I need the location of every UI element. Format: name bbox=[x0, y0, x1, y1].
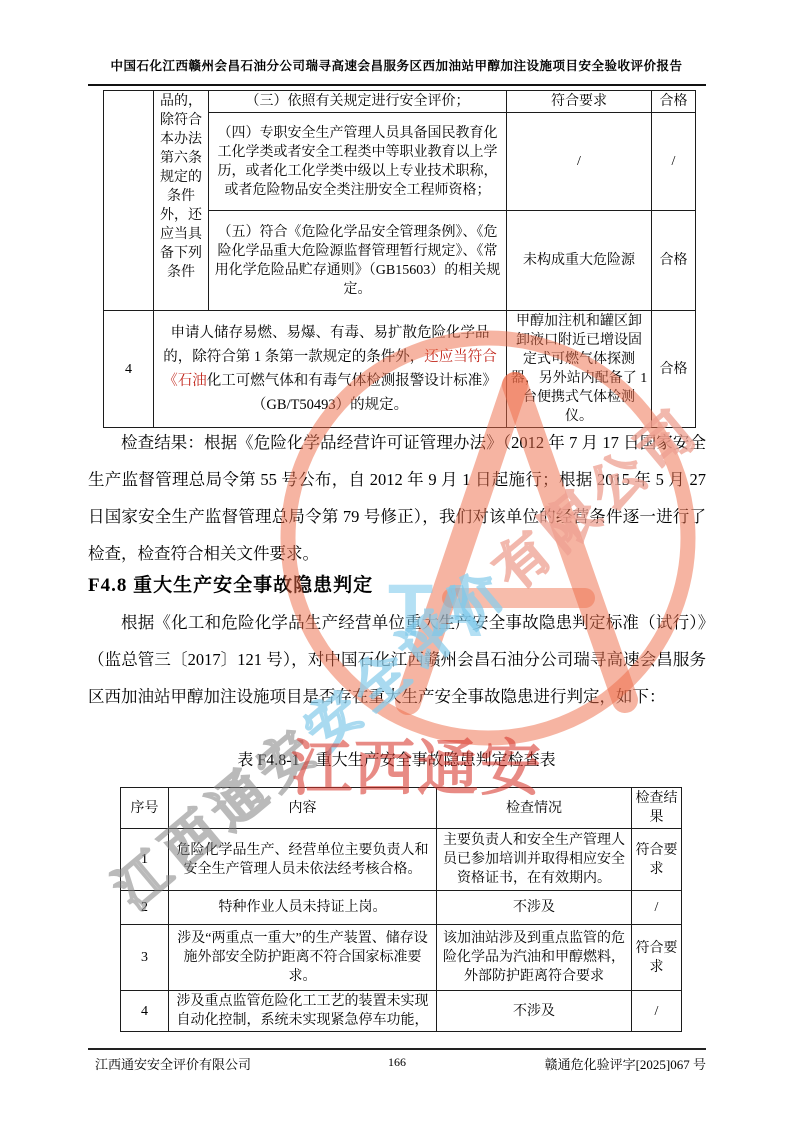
table-row: 2 特种作业人员未持证上岗。 不涉及 / bbox=[121, 891, 682, 925]
page-header-title: 中国石化江西赣州会昌石油分公司瑞寻高速会昌服务区西加油站甲醇加注设施项目安全验收… bbox=[60, 56, 733, 74]
content-text: 化工可燃气体和有毒气体检测报警设计标准》（GB/T50493）的规定。 bbox=[207, 373, 497, 413]
table-row: 品的，除符合本办法第六条规定的条件外，还应当具备下列条件 （三）依照有关规定进行… bbox=[104, 91, 696, 113]
condition-side-cell: 品的，除符合本办法第六条规定的条件外，还应当具备下列条件 bbox=[154, 91, 209, 311]
situation-cell: / bbox=[507, 113, 652, 211]
content-cell: 危险化学品生产、经营单位主要负责人和安全生产管理人员未依法经考核合格。 bbox=[169, 829, 437, 891]
situation-cell: 符合要求 bbox=[507, 91, 652, 113]
seq-cell-empty bbox=[104, 91, 154, 311]
result-cell: 合格 bbox=[652, 91, 696, 113]
content-cell: 申请人储存易燃、易爆、有毒、易扩散危险化学品的，除符合第 1 条第一款规定的条件… bbox=[154, 311, 507, 428]
content-cell: 特种作业人员未持证上岗。 bbox=[169, 891, 437, 925]
table-caption: 表 F4.8-1 重大生产安全事故隐患判定检查表 bbox=[0, 747, 793, 770]
seq-cell: 2 bbox=[121, 891, 169, 925]
seq-cell: 4 bbox=[121, 991, 169, 1032]
report-page: 江西通安安全评价有限公司 TA 江西通安 中国石化江西赣州会昌石油分公司瑞寻高速… bbox=[0, 0, 793, 1122]
col-header-situation: 检查情况 bbox=[437, 788, 632, 829]
result-cell: 符合要求 bbox=[632, 829, 682, 891]
check-result-paragraph: 检查结果：根据《危险化学品经营许可证管理办法》（2012 年 7 月 17 日国… bbox=[88, 424, 706, 572]
result-cell: 合格 bbox=[652, 211, 696, 311]
content-cell: （三）依照有关规定进行安全评价； bbox=[209, 91, 507, 113]
section-body-paragraph: 根据《化工和危险化学品生产经营单位重大生产安全事故隐患判定标准（试行）》（监总管… bbox=[88, 604, 706, 715]
result-cell: / bbox=[652, 113, 696, 211]
license-condition-table: 品的，除符合本办法第六条规定的条件外，还应当具备下列条件 （三）依照有关规定进行… bbox=[103, 90, 696, 428]
result-cell: 符合要求 bbox=[632, 925, 682, 991]
result-cell: / bbox=[632, 891, 682, 925]
seq-cell: 4 bbox=[104, 311, 154, 428]
table-row: 4 涉及重点监管危险化工工艺的装置未实现自动化控制，系统未实现紧急停车功能， 不… bbox=[121, 991, 682, 1032]
seq-cell: 1 bbox=[121, 829, 169, 891]
result-cell: 合格 bbox=[652, 311, 696, 428]
situation-cell: 未构成重大危险源 bbox=[507, 211, 652, 311]
content-cell: （五）符合《危险化学品安全管理条例》、《危险化学品重大危险源监督管理暂行规定》、… bbox=[209, 211, 507, 311]
footer-rule bbox=[88, 1048, 706, 1050]
seq-cell: 3 bbox=[121, 925, 169, 991]
col-header-content: 内容 bbox=[169, 788, 437, 829]
table-row: 3 涉及“两重点一重大”的生产装置、储存设施外部安全防护距离不符合国家标准要求。… bbox=[121, 925, 682, 991]
content-cell: 涉及“两重点一重大”的生产装置、储存设施外部安全防护距离不符合国家标准要求。 bbox=[169, 925, 437, 991]
table-header-row: 序号 内容 检查情况 检查结果 bbox=[121, 788, 682, 829]
footer-doc-number: 赣通危化验评字[2025]067 号 bbox=[545, 1054, 706, 1073]
result-cell: / bbox=[632, 991, 682, 1032]
table-row: 4 申请人储存易燃、易爆、有毒、易扩散危险化学品的，除符合第 1 条第一款规定的… bbox=[104, 311, 696, 428]
content-cell: （四）专职安全生产管理人员具备国民教育化工化学类或者安全工程类中等职业教育以上学… bbox=[209, 113, 507, 211]
situation-cell: 不涉及 bbox=[437, 991, 632, 1032]
situation-cell: 主要负责人和安全生产管理人员已参加培训并取得相应安全资格证书，在有效期内。 bbox=[437, 829, 632, 891]
table-row: 1 危险化学品生产、经营单位主要负责人和安全生产管理人员未依法经考核合格。 主要… bbox=[121, 829, 682, 891]
col-header-result: 检查结果 bbox=[632, 788, 682, 829]
header-rule bbox=[88, 84, 706, 86]
content-cell: 涉及重点监管危险化工工艺的装置未实现自动化控制，系统未实现紧急停车功能， bbox=[169, 991, 437, 1032]
col-header-no: 序号 bbox=[121, 788, 169, 829]
situation-cell: 不涉及 bbox=[437, 891, 632, 925]
situation-cell: 甲醇加注机和罐区卸卸液口附近已增设固定式可燃气体探测器，另外站内配备了 1 台便… bbox=[507, 311, 652, 428]
hazard-judgement-table: 序号 内容 检查情况 检查结果 1 危险化学品生产、经营单位主要负责人和安全生产… bbox=[120, 787, 682, 1032]
section-heading: F4.8 重大生产安全事故隐患判定 bbox=[88, 570, 373, 597]
situation-cell: 该加油站涉及到重点监管的危险化学品为汽油和甲醇燃料，外部防护距离符合要求 bbox=[437, 925, 632, 991]
